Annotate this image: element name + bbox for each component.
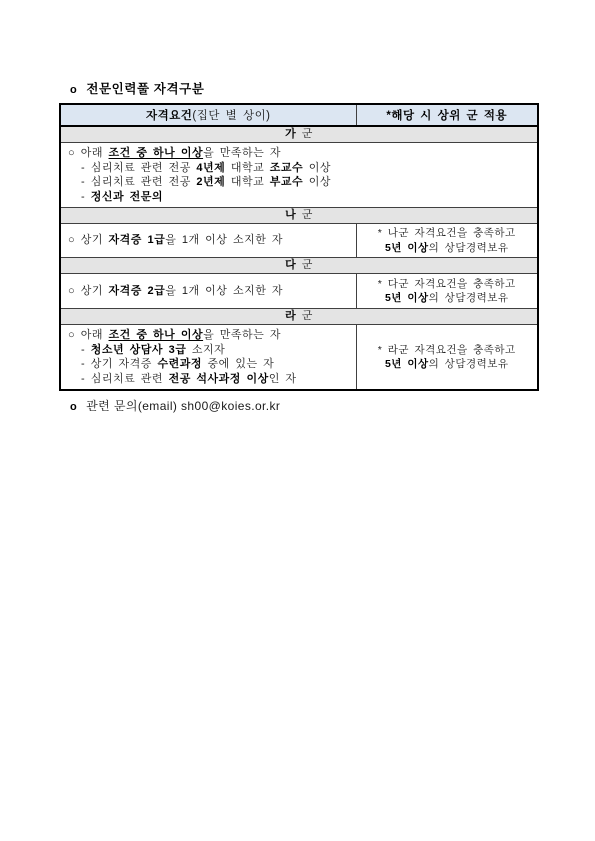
section-title-text: 전문인력풀 자격구분: [86, 82, 204, 96]
condition-line: - 청소년 상담사 3급 소지자: [68, 343, 351, 358]
condition-line: - 정신과 전문의: [68, 190, 532, 205]
group-ra-label: 라 군: [60, 309, 538, 325]
group-na-note: * 나군 자격요건을 충족하고 5년 이상의 상담경력보유: [356, 224, 538, 258]
header-cell-requirements: 자격요건(집단 별 상이): [60, 104, 356, 126]
document-page: o전문인력풀 자격구분 자격요건(집단 별 상이) *해당 시 상위 군 적용 …: [0, 0, 595, 841]
group-na-content-row: ○ 상기 자격증 1급을 1개 이상 소지한 자 * 나군 자격요건을 충족하고…: [60, 224, 538, 258]
condition-line: - 상기 자격증 수련과정 중에 있는 자: [68, 357, 351, 372]
note-line: 5년 이상의 상담경력보유: [359, 241, 536, 256]
group-ga-content-row: ○ 아래 조건 중 하나 이상을 만족하는 자 - 심리치료 관련 전공 4년제…: [60, 143, 538, 208]
condition-line: ○ 아래 조건 중 하나 이상을 만족하는 자: [68, 328, 351, 343]
note-line: 5년 이상의 상담경력보유: [359, 291, 536, 306]
group-ra-header-row: 라 군: [60, 309, 538, 325]
group-na-label: 나 군: [60, 208, 538, 224]
note-line: * 나군 자격요건을 충족하고: [359, 226, 536, 241]
condition-line: ○ 아래 조건 중 하나 이상을 만족하는 자: [68, 146, 532, 161]
condition-line: - 심리치료 관련 전공 석사과정 이상인 자: [68, 372, 351, 387]
group-ga-label: 가 군: [60, 126, 538, 143]
group-na-header-row: 나 군: [60, 208, 538, 224]
condition-line: ○ 상기 자격증 1급을 1개 이상 소지한 자: [68, 233, 351, 248]
qualification-table: 자격요건(집단 별 상이) *해당 시 상위 군 적용 가 군 ○ 아래 조건 …: [59, 103, 539, 391]
group-ra-conditions: ○ 아래 조건 중 하나 이상을 만족하는 자 - 청소년 상담사 3급 소지자…: [60, 325, 356, 391]
condition-line: - 심리치료 관련 전공 4년제 대학교 조교수 이상: [68, 161, 532, 176]
group-da-conditions: ○ 상기 자격증 2급을 1개 이상 소지한 자: [60, 274, 356, 309]
contact-text: 관련 문의(email) sh00@koies.or.kr: [86, 399, 280, 413]
group-ra-content-row: ○ 아래 조건 중 하나 이상을 만족하는 자 - 청소년 상담사 3급 소지자…: [60, 325, 538, 391]
contact-line: o관련 문의(email) sh00@koies.or.kr: [70, 397, 280, 414]
group-ga-header-row: 가 군: [60, 126, 538, 143]
group-da-note: * 다군 자격요건을 충족하고 5년 이상의 상담경력보유: [356, 274, 538, 309]
group-ra-note: * 라군 자격요건을 충족하고 5년 이상의 상담경력보유: [356, 325, 538, 391]
group-da-content-row: ○ 상기 자격증 2급을 1개 이상 소지한 자 * 다군 자격요건을 충족하고…: [60, 274, 538, 309]
group-da-label: 다 군: [60, 258, 538, 274]
condition-line: ○ 상기 자격증 2급을 1개 이상 소지한 자: [68, 284, 351, 299]
condition-line: - 심리치료 관련 전공 2년제 대학교 부교수 이상: [68, 175, 532, 190]
header-cell-upper-group-rule: *해당 시 상위 군 적용: [356, 104, 538, 126]
note-line: * 라군 자격요건을 충족하고: [359, 343, 536, 358]
note-line: 5년 이상의 상담경력보유: [359, 357, 536, 372]
section-title: o전문인력풀 자격구분: [70, 79, 204, 97]
table-header-row: 자격요건(집단 별 상이) *해당 시 상위 군 적용: [60, 104, 538, 126]
note-line: * 다군 자격요건을 충족하고: [359, 277, 536, 292]
bullet-icon: o: [70, 84, 77, 96]
bullet-icon: o: [70, 401, 77, 413]
group-ga-conditions: ○ 아래 조건 중 하나 이상을 만족하는 자 - 심리치료 관련 전공 4년제…: [60, 143, 538, 208]
group-na-conditions: ○ 상기 자격증 1급을 1개 이상 소지한 자: [60, 224, 356, 258]
group-da-header-row: 다 군: [60, 258, 538, 274]
